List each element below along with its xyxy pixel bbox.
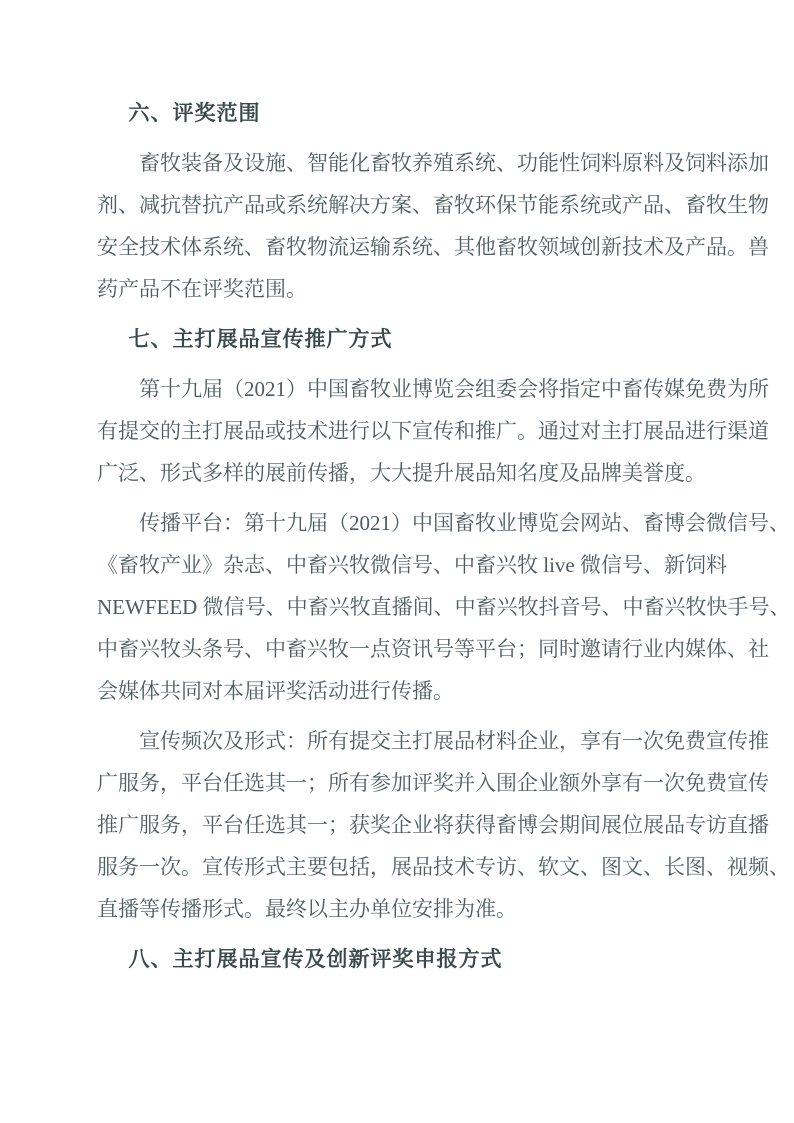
section-heading: 六、评奖范围	[97, 92, 703, 134]
paragraph: 传播平台：第十九届（2021）中国畜牧业博览会网站、畜博会微信号、《畜牧产业》杂…	[97, 502, 703, 712]
heading-text: 七、主打展品宣传推广方式	[97, 318, 703, 360]
text-line: NEWFEED 微信号、中畜兴牧直播间、中畜兴牧抖音号、中畜兴牧快手号、	[97, 586, 703, 628]
text-line: 传播平台：第十九届（2021）中国畜牧业博览会网站、畜博会微信号、	[97, 502, 703, 544]
text-line: 广服务，平台任选其一；所有参加评奖并入围企业额外享有一次免费宣传	[97, 762, 703, 804]
section-heading: 八、主打展品宣传及创新评奖申报方式	[97, 938, 703, 980]
text-line: 有提交的主打展品或技术进行以下宣传和推广。通过对主打展品进行渠道	[97, 410, 703, 452]
text-line: 剂、减抗替抗产品或系统解决方案、畜牧环保节能系统或产品、畜牧生物	[97, 184, 703, 226]
text-line: 服务一次。宣传形式主要包括，展品技术专访、软文、图文、长图、视频、	[97, 846, 703, 888]
text-line: 会媒体共同对本届评奖活动进行传播。	[97, 670, 703, 712]
section-heading: 七、主打展品宣传推广方式	[97, 318, 703, 360]
text-line: 直播等传播形式。最终以主办单位安排为准。	[97, 888, 703, 930]
text-line: 畜牧装备及设施、智能化畜牧养殖系统、功能性饲料原料及饲料添加	[97, 142, 703, 184]
text-line: 中畜兴牧头条号、中畜兴牧一点资讯号等平台；同时邀请行业内媒体、社	[97, 628, 703, 670]
paragraph: 第十九届（2021）中国畜牧业博览会组委会将指定中畜传媒免费为所有提交的主打展品…	[97, 368, 703, 494]
paragraph: 宣传频次及形式：所有提交主打展品材料企业，享有一次免费宣传推广服务，平台任选其一…	[97, 720, 703, 930]
text-line: 《畜牧产业》杂志、中畜兴牧微信号、中畜兴牧 live 微信号、新饲料	[97, 544, 703, 586]
text-line: 安全技术体系统、畜牧物流运输系统、其他畜牧领域创新技术及产品。兽	[97, 226, 703, 268]
text-line: 宣传频次及形式：所有提交主打展品材料企业，享有一次免费宣传推	[97, 720, 703, 762]
text-line: 广泛、形式多样的展前传播，大大提升展品知名度及品牌美誉度。	[97, 452, 703, 494]
heading-text: 八、主打展品宣传及创新评奖申报方式	[97, 938, 703, 980]
text-line: 第十九届（2021）中国畜牧业博览会组委会将指定中畜传媒免费为所	[97, 368, 703, 410]
paragraph: 畜牧装备及设施、智能化畜牧养殖系统、功能性饲料原料及饲料添加剂、减抗替抗产品或系…	[97, 142, 703, 310]
heading-text: 六、评奖范围	[97, 92, 703, 134]
document-page: 六、评奖范围畜牧装备及设施、智能化畜牧养殖系统、功能性饲料原料及饲料添加剂、减抗…	[97, 92, 703, 980]
text-line: 药产品不在评奖范围。	[97, 268, 703, 310]
text-line: 推广服务，平台任选其一；获奖企业将获得畜博会期间展位展品专访直播	[97, 804, 703, 846]
